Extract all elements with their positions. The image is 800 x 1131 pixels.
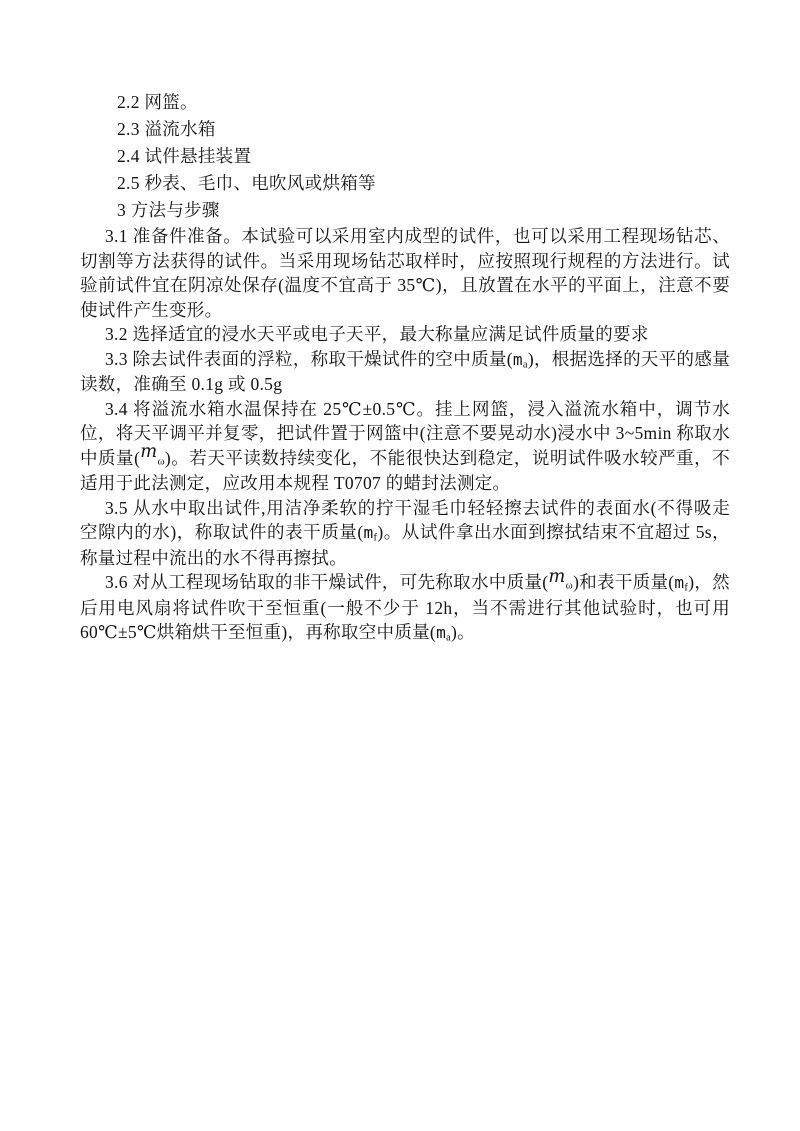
math-symbol-m-ω: mω <box>140 448 165 468</box>
paragraph-3-5: 3.5 从水中取出试件,用洁净柔软的拧干湿毛巾轻轻擦去试件的表面水(不得吸走空隙… <box>80 496 730 571</box>
paragraph-3-6: 3.6 对从工程现场钻取的非干燥试件，可先称取水中质量(mω)和表干质量(mf)… <box>80 570 730 646</box>
paragraph-3-2: 3.2 选择适宜的浸水天平或电子天平，最大称量应满足试件质量的要求 <box>80 322 730 347</box>
document-body: 2.2 网篮。 2.3 溢流水箱 2.4 试件悬挂装置 2.5 秒表、毛巾、电吹… <box>80 89 730 646</box>
math-symbol-m-a: ma <box>436 622 451 642</box>
document-page: 2.2 网篮。 2.3 溢流水箱 2.4 试件悬挂装置 2.5 秒表、毛巾、电吹… <box>0 0 800 1131</box>
list-item-2-4: 2.4 试件悬挂装置 <box>80 143 730 170</box>
list-item-2-2: 2.2 网篮。 <box>80 89 730 116</box>
paragraph-3-1: 3.1 准备件准备。本试验可以采用室内成型的试件，也可以采用工程现场钻芯、切割等… <box>80 224 730 322</box>
math-symbol-m-a: ma <box>513 349 528 369</box>
math-symbol-m-f: mf <box>674 572 688 592</box>
section-heading-3: 3 方法与步骤 <box>80 197 730 224</box>
math-symbol-m-ω: mω <box>548 572 573 592</box>
paragraph-3-4: 3.4 将溢流水箱水温保持在 25℃±0.5℃。挂上网篮，浸入溢流水箱中，调节水… <box>80 397 730 496</box>
list-item-2-3: 2.3 溢流水箱 <box>80 116 730 143</box>
list-item-2-5: 2.5 秒表、毛巾、电吹风或烘箱等 <box>80 170 730 197</box>
paragraph-3-3: 3.3 除去试件表面的浮粒，称取干燥试件的空中质量(ma)，根据选择的天平的感量… <box>80 347 730 397</box>
math-symbol-m-f: mf <box>364 522 378 542</box>
